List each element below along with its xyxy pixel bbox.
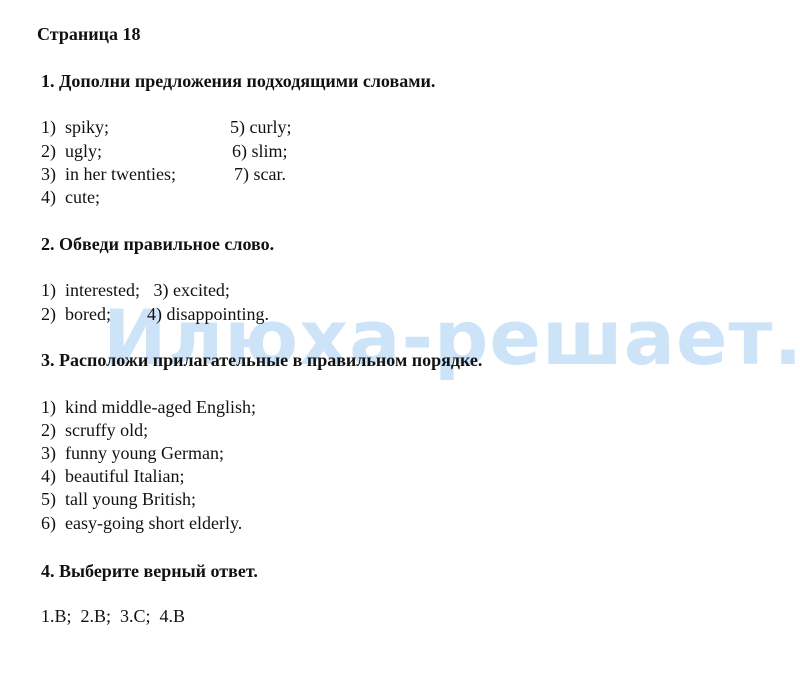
section-1-item: 7) scar. <box>234 164 286 185</box>
section-3-line: 4) beautiful Italian; <box>41 466 184 487</box>
section-1-heading: 1. Дополни предложения подходящими слова… <box>41 71 435 92</box>
section-4-answers: 1.B; 2.B; 3.C; 4.B <box>41 606 185 627</box>
section-2-line: 2) bored; 4) disappointing. <box>41 304 269 325</box>
section-3-line: 2) scruffy old; <box>41 420 148 441</box>
section-1-item: 1) spiky; <box>41 117 109 138</box>
section-1-item: 5) curly; <box>230 117 291 138</box>
section-3-line: 1) kind middle-aged English; <box>41 397 256 418</box>
section-3-line: 5) tall young British; <box>41 489 196 510</box>
section-3-line: 6) easy-going short elderly. <box>41 513 242 534</box>
section-1-item: 6) slim; <box>232 141 288 162</box>
section-1-item: 2) ugly; <box>41 141 102 162</box>
section-1-item: 3) in her twenties; <box>41 164 176 185</box>
section-3-line: 3) funny young German; <box>41 443 224 464</box>
page-title: Страница 18 <box>37 24 140 45</box>
section-1-item: 4) cute; <box>41 187 100 208</box>
section-3-heading: 3. Расположи прилагательные в правильном… <box>41 350 482 371</box>
section-2-heading: 2. Обведи правильное слово. <box>41 234 274 255</box>
section-2-line: 1) interested; 3) excited; <box>41 280 230 301</box>
section-4-heading: 4. Выберите верный ответ. <box>41 561 258 582</box>
